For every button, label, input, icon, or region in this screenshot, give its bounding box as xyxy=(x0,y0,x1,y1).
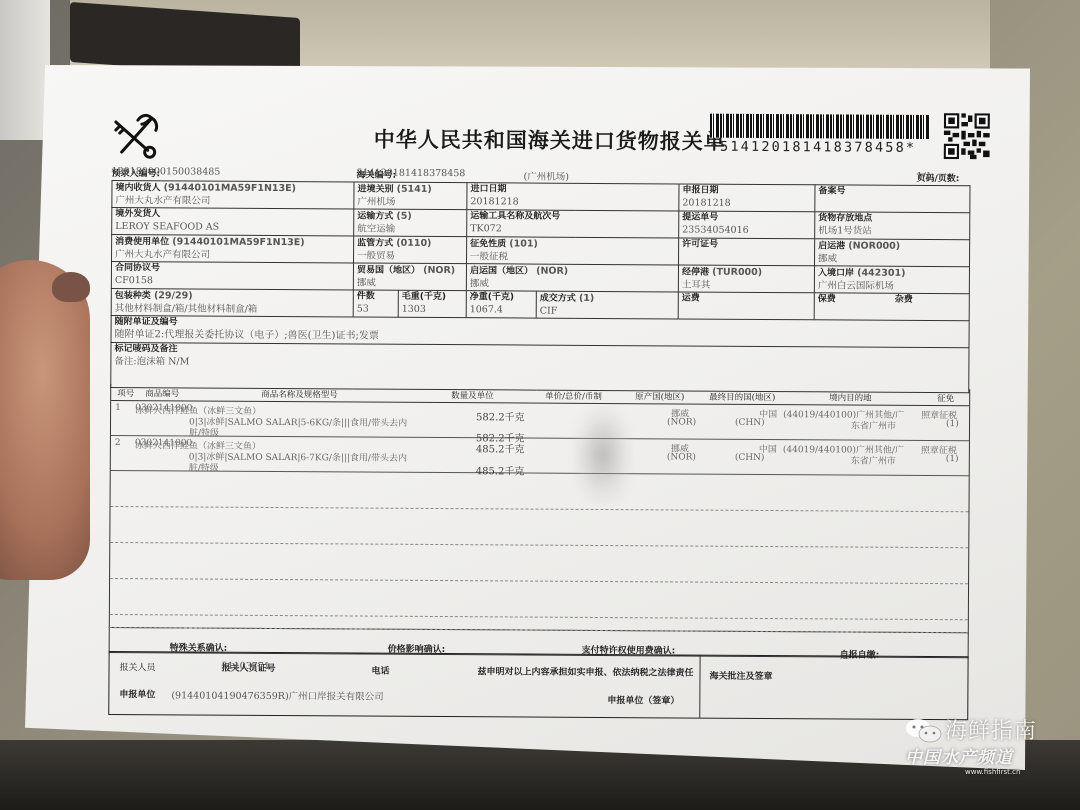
item-spec: 0|3|冰鲜|SALMO SALAR|6-7KG/条|||食用/带头去内 xyxy=(189,449,407,463)
code: (5) xyxy=(396,211,411,222)
field-license: 许可证号 xyxy=(679,238,815,266)
field-supervision: 监管方式 (0110)一般贸易 xyxy=(354,236,467,264)
code: (1) xyxy=(579,293,594,304)
field-entry-port: 进境关别 (5141)广州机场 xyxy=(354,182,467,210)
value: 23534054016 xyxy=(682,224,811,236)
field-trade-country: 贸易国（地区） (NOR)挪威 xyxy=(353,263,466,291)
table-row: 1 0302141000冰鲜大西洋鲑鱼（冰鲜三文鱼） 0|3|冰鲜|SALMO … xyxy=(111,401,969,441)
signature-box: 报关人员 报关人员证号51103771 电话 兹申明对以上内容承担如实申报、依法… xyxy=(108,651,968,720)
col-no: 项号 xyxy=(117,387,134,399)
thumb-nail xyxy=(52,272,90,302)
value: 挪威 xyxy=(470,278,675,291)
field-packaging: 包装种类 (29/29)其他材料制盒/箱/其他材料制盒/箱 xyxy=(111,288,353,316)
value: 20181218 xyxy=(682,197,811,209)
col-final-dest: 最终目的国(地区) xyxy=(709,391,775,403)
declarant-seal-label: 申报单位（签章） xyxy=(607,693,679,706)
customs-emblem-icon xyxy=(112,112,160,160)
item-origin-code: (NOR) xyxy=(667,417,696,427)
item-spec-2: 脏/特级 xyxy=(189,460,219,473)
declarant-label: 申报单位 xyxy=(119,687,155,700)
field-gross-weight: 毛重(千克)1303 xyxy=(398,290,466,317)
field-consumer: 消费使用单位 (91440101MA59F1N13E)广州大丸水产有限公司 xyxy=(112,235,354,263)
code: (NOR000) xyxy=(848,241,900,252)
item-tax-code: (1) xyxy=(946,419,959,429)
value: 土耳其 xyxy=(682,279,811,291)
item-qty-2: 485.2千克 xyxy=(476,462,525,477)
label: 监管方式 xyxy=(357,239,393,249)
insurance-label: 保费 xyxy=(818,294,836,304)
customs-office: (广州机场) xyxy=(524,169,570,183)
code: (0110) xyxy=(396,238,431,249)
field-import-date: 进口日期20181218 xyxy=(467,183,679,211)
value: 1303 xyxy=(402,303,463,315)
value: 航空运输 xyxy=(357,223,463,235)
item-no: 1 xyxy=(115,403,121,413)
page-number: 1/1 xyxy=(917,171,932,182)
barcode-bars xyxy=(710,114,930,139)
watermark-title: 海鲜指南 xyxy=(945,714,1037,745)
empty-row xyxy=(110,543,968,584)
value: 广州机场 xyxy=(357,196,463,208)
label: 境外发货人 xyxy=(115,209,350,222)
label: 贸易国（地区） xyxy=(357,265,420,275)
misc-label: 杂费 xyxy=(895,295,913,307)
field-insurance-misc: 保费杂费 xyxy=(814,293,969,321)
value: 广州大丸水产有限公司 xyxy=(115,249,350,262)
col-domestic-dest: 境内目的地 xyxy=(829,391,872,403)
field-entry-point: 入境口岸 (442301)广州白云国际机场 xyxy=(814,266,969,294)
hand-thumb xyxy=(0,260,90,580)
value: 挪威 xyxy=(357,277,463,289)
field-record-no: 备案号 xyxy=(815,185,970,213)
qr-code-icon xyxy=(944,113,990,159)
code: (101) xyxy=(509,238,538,249)
declaration-statement: 兹申明对以上内容承担如实申报、依法纳税之法律责任 xyxy=(477,664,693,678)
item-dest-code: (CHN) xyxy=(735,453,765,463)
value: CIF xyxy=(540,305,675,317)
value: 机场1号货站 xyxy=(818,225,966,237)
value: 挪威 xyxy=(818,253,966,265)
value: 广州大丸水产有限公司 xyxy=(115,195,350,208)
signature-divider xyxy=(699,656,700,718)
field-origin-country: 启运国（地区） (NOR)挪威 xyxy=(466,264,678,292)
col-qty: 数量及单位 xyxy=(451,389,494,401)
label: 许可证号 xyxy=(682,239,811,251)
declarant-name: (91440104190476359R)广州口岸报关有限公司 xyxy=(171,687,383,702)
item-no: 2 xyxy=(115,438,121,448)
col-name: 商品名称及规格型号 xyxy=(261,388,338,400)
form-title: 中华人民共和国海关进口货物报关单 xyxy=(374,124,726,156)
field-transit-port: 经停港 (TUR000)土耳其 xyxy=(678,265,814,293)
customs-number: 514120181418378458 xyxy=(357,167,466,179)
label: 境内收货人 xyxy=(115,183,160,193)
value: 其他材料制盒/箱/其他材料制盒/箱 xyxy=(115,303,350,316)
label: 入境口岸 xyxy=(818,268,854,278)
broker-id: 51103771 xyxy=(222,661,270,672)
label: 征免性质 xyxy=(470,239,506,249)
label: 启运港 xyxy=(818,241,845,251)
value: CF0158 xyxy=(115,275,350,288)
code: (5141) xyxy=(397,184,432,195)
field-vehicle: 运输工具名称及航次号TK072 xyxy=(467,210,679,238)
label: 运费 xyxy=(682,293,811,305)
label: 申报日期 xyxy=(682,185,811,197)
code: (91440101MA59F1N13E) xyxy=(172,236,304,248)
label: 运输方式 xyxy=(357,212,393,222)
value: 一般贸易 xyxy=(357,250,463,262)
pre-entry-number: 120180000150038485 xyxy=(112,166,221,178)
col-hs-code: 商品编号 xyxy=(145,387,179,399)
label: 经停港 xyxy=(682,267,709,277)
label: 运输工具名称及航次号 xyxy=(470,211,675,224)
value: 53 xyxy=(357,303,395,315)
label: 件数 xyxy=(357,291,395,303)
label: 成交方式 xyxy=(540,294,576,304)
item-domestic-dest-2: 东省广州市 xyxy=(851,454,896,467)
label: 包装种类 xyxy=(115,291,151,301)
code: (NOR) xyxy=(423,265,455,276)
field-contract: 合同协议号CF0158 xyxy=(111,262,353,290)
watermark: 海鲜指南 中国水产频道 www.fishfirst.cn xyxy=(905,714,1037,776)
code: (91440101MA59F1N13E) xyxy=(164,182,296,194)
item-qty: 582.2千克 xyxy=(476,408,525,423)
item-origin-code: (NOR) xyxy=(667,452,696,462)
col-origin: 原产国(地区) xyxy=(635,390,684,402)
watermark-url: www.fishfirst.cn xyxy=(965,768,1037,776)
label: 备案号 xyxy=(818,186,966,198)
label: 提运单号 xyxy=(682,212,811,224)
value: TK072 xyxy=(470,223,675,236)
item-dest-code: (CHN) xyxy=(735,418,765,428)
customs-note-label: 海关批注及签章 xyxy=(709,669,772,682)
code: (TUR000) xyxy=(712,267,762,278)
redacted-price-blur xyxy=(573,405,634,505)
item-domestic-dest-2: 东省广州市 xyxy=(851,419,896,432)
label: 净重(千克) xyxy=(470,292,533,304)
item-spec: 0|3|冰鲜|SALMO SALAR|5-6KG/条|||食用/带头去内 xyxy=(189,414,407,428)
label: 消费使用单位 xyxy=(115,237,169,247)
barcode: *514120181418378458* xyxy=(710,114,930,156)
barcode-text: *514120181418378458* xyxy=(710,139,930,156)
value: 1067.4 xyxy=(470,304,533,316)
broker-label: 报关人员 xyxy=(119,660,155,673)
header-fields-table: 境内收货人 (91440101MA59F1N13E)广州大丸水产有限公司 进境关… xyxy=(110,180,970,393)
items-table: 项号 商品编号 商品名称及规格型号 数量及单位 单价/总价/币制 原产国(地区)… xyxy=(109,384,970,633)
value: 一般征税 xyxy=(470,251,675,264)
item-qty: 485.2千克 xyxy=(476,440,525,455)
code: (442301) xyxy=(857,268,905,279)
label: 进境关别 xyxy=(357,185,393,195)
field-declare-date: 申报日期20181218 xyxy=(679,184,815,212)
field-pieces: 件数53 xyxy=(353,290,398,317)
field-transport-mode: 运输方式 (5)航空运输 xyxy=(354,209,467,237)
value: 广州白云国际机场 xyxy=(818,280,966,292)
field-storage: 货物存放地点机场1号货站 xyxy=(815,212,970,240)
code: (29/29) xyxy=(154,290,193,301)
field-consignee: 境内收货人 (91440101MA59F1N13E)广州大丸水产有限公司 xyxy=(112,181,354,209)
phone-label: 电话 xyxy=(371,664,389,677)
background-box xyxy=(0,0,50,140)
table-row: 2 0302141000冰鲜大西洋鲑鱼（冰鲜三文鱼） 0|3|冰鲜|SALMO … xyxy=(111,436,969,476)
field-consignor: 境外发货人LEROY SEAFOOD AS xyxy=(112,208,354,236)
empty-row xyxy=(110,507,968,548)
value: 20181218 xyxy=(470,196,675,209)
label: 合同协议号 xyxy=(115,263,350,276)
field-deal-mode: 成交方式 (1)CIF xyxy=(536,291,678,319)
label: 毛重(千克) xyxy=(402,292,463,304)
field-bill-no: 提运单号23534054016 xyxy=(679,211,815,239)
label: 启运国（地区） xyxy=(470,266,533,276)
wechat-icon xyxy=(905,718,943,744)
watermark-subtitle: 中国水产频道 xyxy=(905,743,1037,768)
label: 货物存放地点 xyxy=(818,213,966,225)
code: (NOR) xyxy=(536,266,568,277)
empty-row xyxy=(111,471,969,512)
field-net-weight: 净重(千克)1067.4 xyxy=(466,291,536,318)
field-freight: 运费 xyxy=(678,292,814,320)
label: 进口日期 xyxy=(470,184,675,197)
value: LEROY SEAFOOD AS xyxy=(115,221,350,234)
col-price: 单价/总价/币制 xyxy=(545,390,602,402)
field-tax-nature: 征免性质 (101)一般征税 xyxy=(467,237,679,265)
empty-row xyxy=(110,579,968,620)
col-tax: 征免 xyxy=(937,392,954,404)
item-tax-code: (1) xyxy=(946,454,959,464)
field-departure-port: 启运港 (NOR000)挪威 xyxy=(815,239,970,267)
